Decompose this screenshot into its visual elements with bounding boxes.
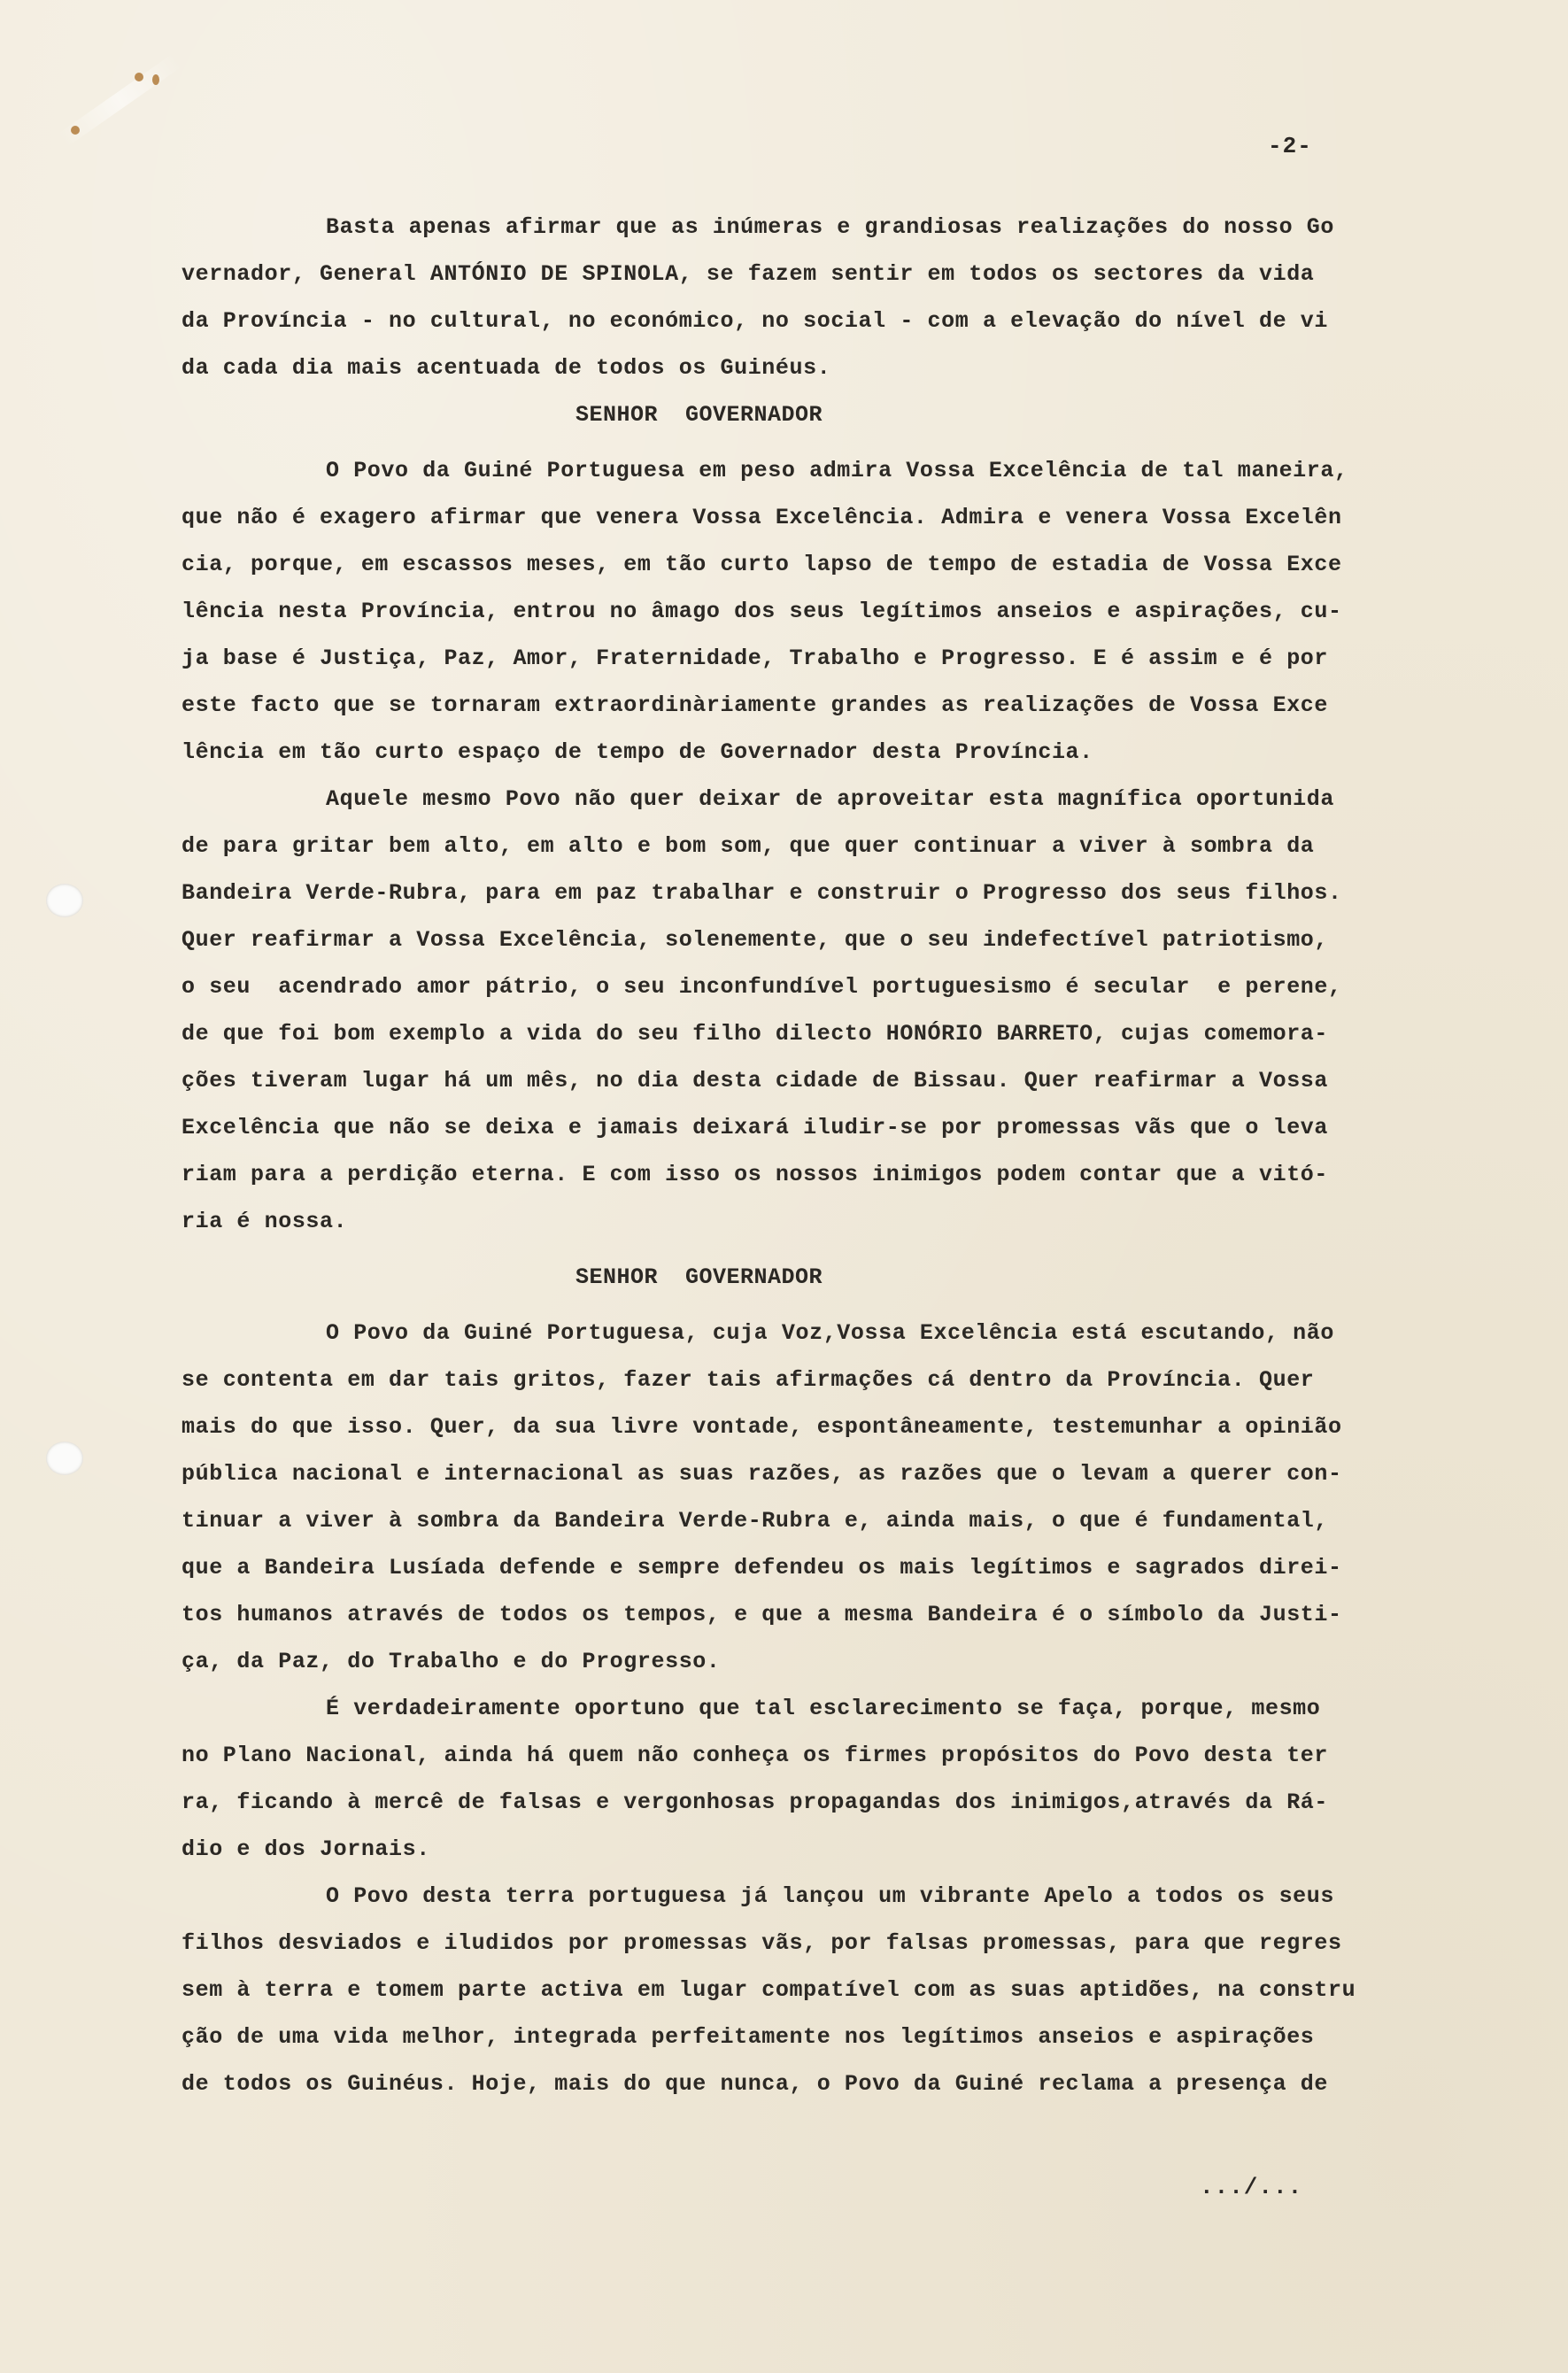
text-line: ria é nossa. <box>182 1198 1439 1245</box>
text-line: Basta apenas afirmar que as inúmeras e g… <box>182 204 1439 251</box>
text-line: vernador, General ANTÓNIO DE SPINOLA, se… <box>182 251 1439 298</box>
page-number: -2- <box>1268 133 1312 159</box>
text-line: sem à terra e tomem parte activa em luga… <box>182 1967 1439 2014</box>
text-line: Bandeira Verde-Rubra, para em paz trabal… <box>182 870 1439 916</box>
text-line: O Povo da Guiné Portuguesa, cuja Voz,Vos… <box>182 1310 1439 1357</box>
text-line: Quer reafirmar a Vossa Excelência, solen… <box>182 916 1439 963</box>
text-line: O Povo da Guiné Portuguesa em peso admir… <box>182 447 1439 494</box>
text-line: tos humanos através de todos os tempos, … <box>182 1591 1439 1638</box>
text-line: O Povo desta terra portuguesa já lançou … <box>182 1873 1439 1920</box>
section-heading: SENHOR GOVERNADOR <box>182 1254 1439 1301</box>
text-line: de para gritar bem alto, em alto e bom s… <box>182 823 1439 870</box>
paragraph: É verdadeiramente oportuno que tal escla… <box>182 1685 1439 1873</box>
continuation-mark: .../... <box>1200 2174 1302 2200</box>
text-line: Excelência que não se deixa e jamais dei… <box>182 1104 1439 1151</box>
text-line: no Plano Nacional, ainda há quem não con… <box>182 1732 1439 1779</box>
text-line: ra, ficando à mercê de falsas e vergonho… <box>182 1779 1439 1826</box>
text-line: lência em tão curto espaço de tempo de G… <box>182 729 1439 776</box>
staple-rust-mark <box>71 126 80 135</box>
document-body: Basta apenas afirmar que as inúmeras e g… <box>182 204 1439 2107</box>
text-line: o seu acendrado amor pátrio, o seu incon… <box>182 963 1439 1010</box>
text-line: de todos os Guinéus. Hoje, mais do que n… <box>182 2060 1439 2107</box>
text-line: É verdadeiramente oportuno que tal escla… <box>182 1685 1439 1732</box>
text-line: riam para a perdição eterna. E com isso … <box>182 1151 1439 1198</box>
text-line: lência nesta Província, entrou no âmago … <box>182 588 1439 635</box>
section-heading: SENHOR GOVERNADOR <box>182 391 1439 438</box>
staple-rust-mark <box>152 74 159 85</box>
paragraph: O Povo da Guiné Portuguesa em peso admir… <box>182 447 1439 776</box>
paragraph: Basta apenas afirmar que as inúmeras e g… <box>182 204 1439 391</box>
text-line: filhos desviados e iludidos por promessa… <box>182 1920 1439 1967</box>
text-line: que não é exagero afirmar que venera Vos… <box>182 494 1439 541</box>
staple-rust-mark <box>135 73 143 81</box>
binder-hole <box>46 1442 83 1475</box>
text-line: da Província - no cultural, no económico… <box>182 298 1439 344</box>
text-line: tinuar a viver à sombra da Bandeira Verd… <box>182 1497 1439 1544</box>
text-line: ção de uma vida melhor, integrada perfei… <box>182 2014 1439 2060</box>
text-line: se contenta em dar tais gritos, fazer ta… <box>182 1357 1439 1403</box>
text-line: que a Bandeira Lusíada defende e sempre … <box>182 1544 1439 1591</box>
paragraph: O Povo da Guiné Portuguesa, cuja Voz,Vos… <box>182 1310 1439 1685</box>
text-line: cia, porque, em escassos meses, em tão c… <box>182 541 1439 588</box>
text-line: de que foi bom exemplo a vida do seu fil… <box>182 1010 1439 1057</box>
text-line: dio e dos Jornais. <box>182 1826 1439 1873</box>
text-line: ça, da Paz, do Trabalho e do Progresso. <box>182 1638 1439 1685</box>
paragraph: Aquele mesmo Povo não quer deixar de apr… <box>182 776 1439 1245</box>
text-line: ções tiveram lugar há um mês, no dia des… <box>182 1057 1439 1104</box>
text-line: este facto que se tornaram extraordinàri… <box>182 682 1439 729</box>
text-line: pública nacional e internacional as suas… <box>182 1450 1439 1497</box>
text-line: ja base é Justiça, Paz, Amor, Fraternida… <box>182 635 1439 682</box>
text-line: Aquele mesmo Povo não quer deixar de apr… <box>182 776 1439 823</box>
paragraph: O Povo desta terra portuguesa já lançou … <box>182 1873 1439 2107</box>
binder-hole <box>46 884 83 917</box>
text-line: mais do que isso. Quer, da sua livre von… <box>182 1403 1439 1450</box>
text-line: da cada dia mais acentuada de todos os G… <box>182 344 1439 391</box>
